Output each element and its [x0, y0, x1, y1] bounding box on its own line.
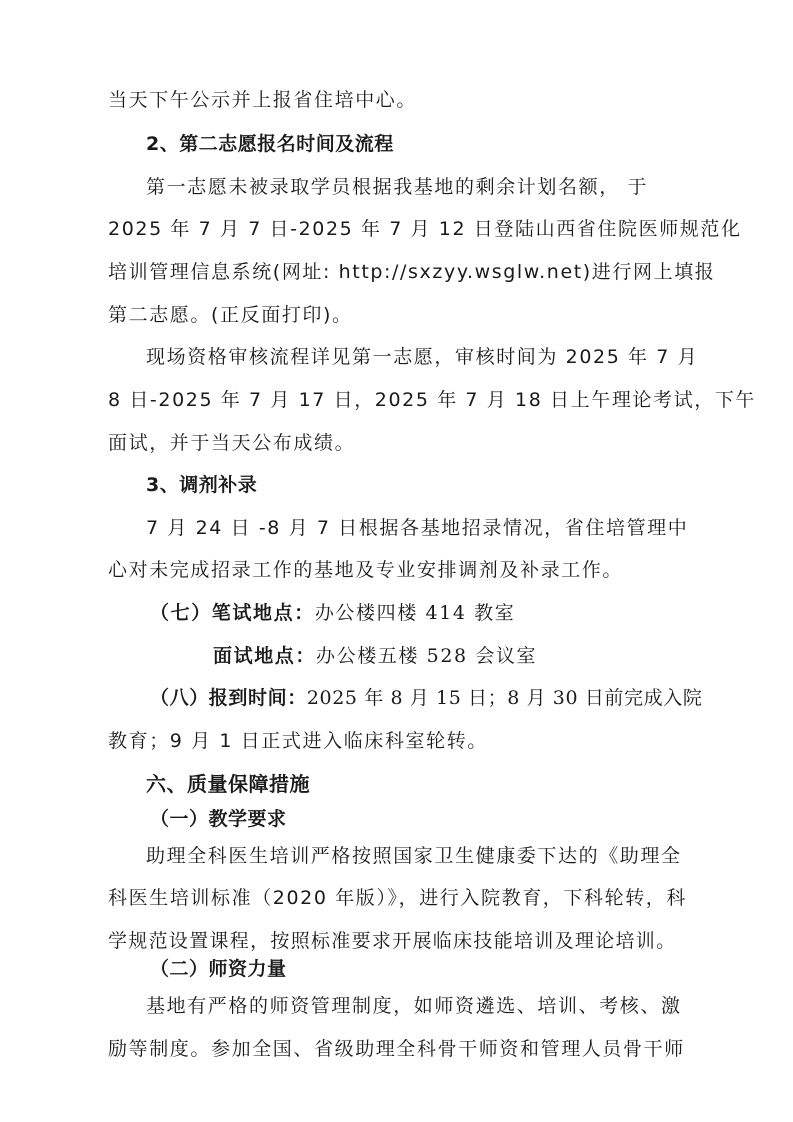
paragraph-line: 基地有严格的师资管理制度，如师资遴选、培训、考核、激: [146, 993, 736, 1019]
paragraph-line: 面试，并于当天公布成绩。: [108, 430, 698, 456]
interview-value: 办公楼五楼 528 会议室: [316, 645, 537, 667]
paragraph-line: 助理全科医生培训严格按照国家卫生健康委下达的《助理全: [146, 843, 736, 869]
subheading-teaching: （一）教学要求: [150, 806, 740, 832]
paragraph-line: 第一志愿未被录取学员根据我基地的剩余计划名额， 于: [146, 174, 736, 200]
section-heading-quality: 六、质量保障措施: [146, 771, 736, 797]
paragraph-line: 2025 年 7 月 7 日-2025 年 7 月 12 日登陆山西省住院医师规…: [108, 216, 698, 242]
paragraph-line: 当天下午公示并上报省住培中心。: [108, 87, 698, 113]
written-exam-label: （七）笔试地点：: [150, 602, 315, 624]
subheading-second-choice: 2、第二志愿报名时间及流程: [146, 131, 736, 157]
report-time-value: 2025 年 8 月 15 日；8 月 30 日前完成入院: [307, 687, 703, 709]
paragraph-line: 培训管理信息系统(网址: http://sxzyy.wsglw.net)进行网上…: [108, 259, 698, 285]
document-page: 当天下午公示并上报省住培中心。 2、第二志愿报名时间及流程 第一志愿未被录取学员…: [0, 0, 793, 1122]
written-exam-value: 办公楼四楼 414 教室: [315, 602, 516, 624]
paragraph-line: 心对未完成招录工作的基地及专业安排调剂及补录工作。: [108, 557, 698, 583]
subheading-adjustment: 3、调剂补录: [146, 472, 736, 498]
interview-label: 面试地点：: [213, 645, 316, 667]
paragraph-line: 7 月 24 日 -8 月 7 日根据各基地招录情况，省住培管理中: [146, 515, 736, 541]
report-time-continuation: 教育；9 月 1 日正式进入临床科室轮转。: [108, 728, 698, 754]
paragraph-line: 第二志愿。(正反面打印)。: [108, 302, 698, 328]
paragraph-line: 8 日-2025 年 7 月 17 日，2025 年 7 月 18 日上午理论考…: [108, 387, 698, 413]
subheading-faculty: （二）师资力量: [150, 956, 740, 982]
paragraph-line: 科医生培训标准（2020 年版）》，进行入院教育，下科轮转，科: [108, 885, 698, 911]
paragraph-line: 励等制度。参加全国、省级助理全科骨干师资和管理人员骨干师: [108, 1036, 698, 1062]
written-exam-location: （七）笔试地点：办公楼四楼 414 教室: [150, 600, 740, 626]
report-time-label: （八）报到时间：: [150, 687, 307, 709]
paragraph-line: 学规范设置课程，按照标准要求开展临床技能培训及理论培训。: [108, 928, 698, 954]
paragraph-line: 现场资格审核流程详见第一志愿，审核时间为 2025 年 7 月: [146, 344, 736, 370]
report-time: （八）报到时间：2025 年 8 月 15 日；8 月 30 日前完成入院: [150, 685, 740, 711]
interview-location: 面试地点：办公楼五楼 528 会议室: [213, 643, 793, 669]
